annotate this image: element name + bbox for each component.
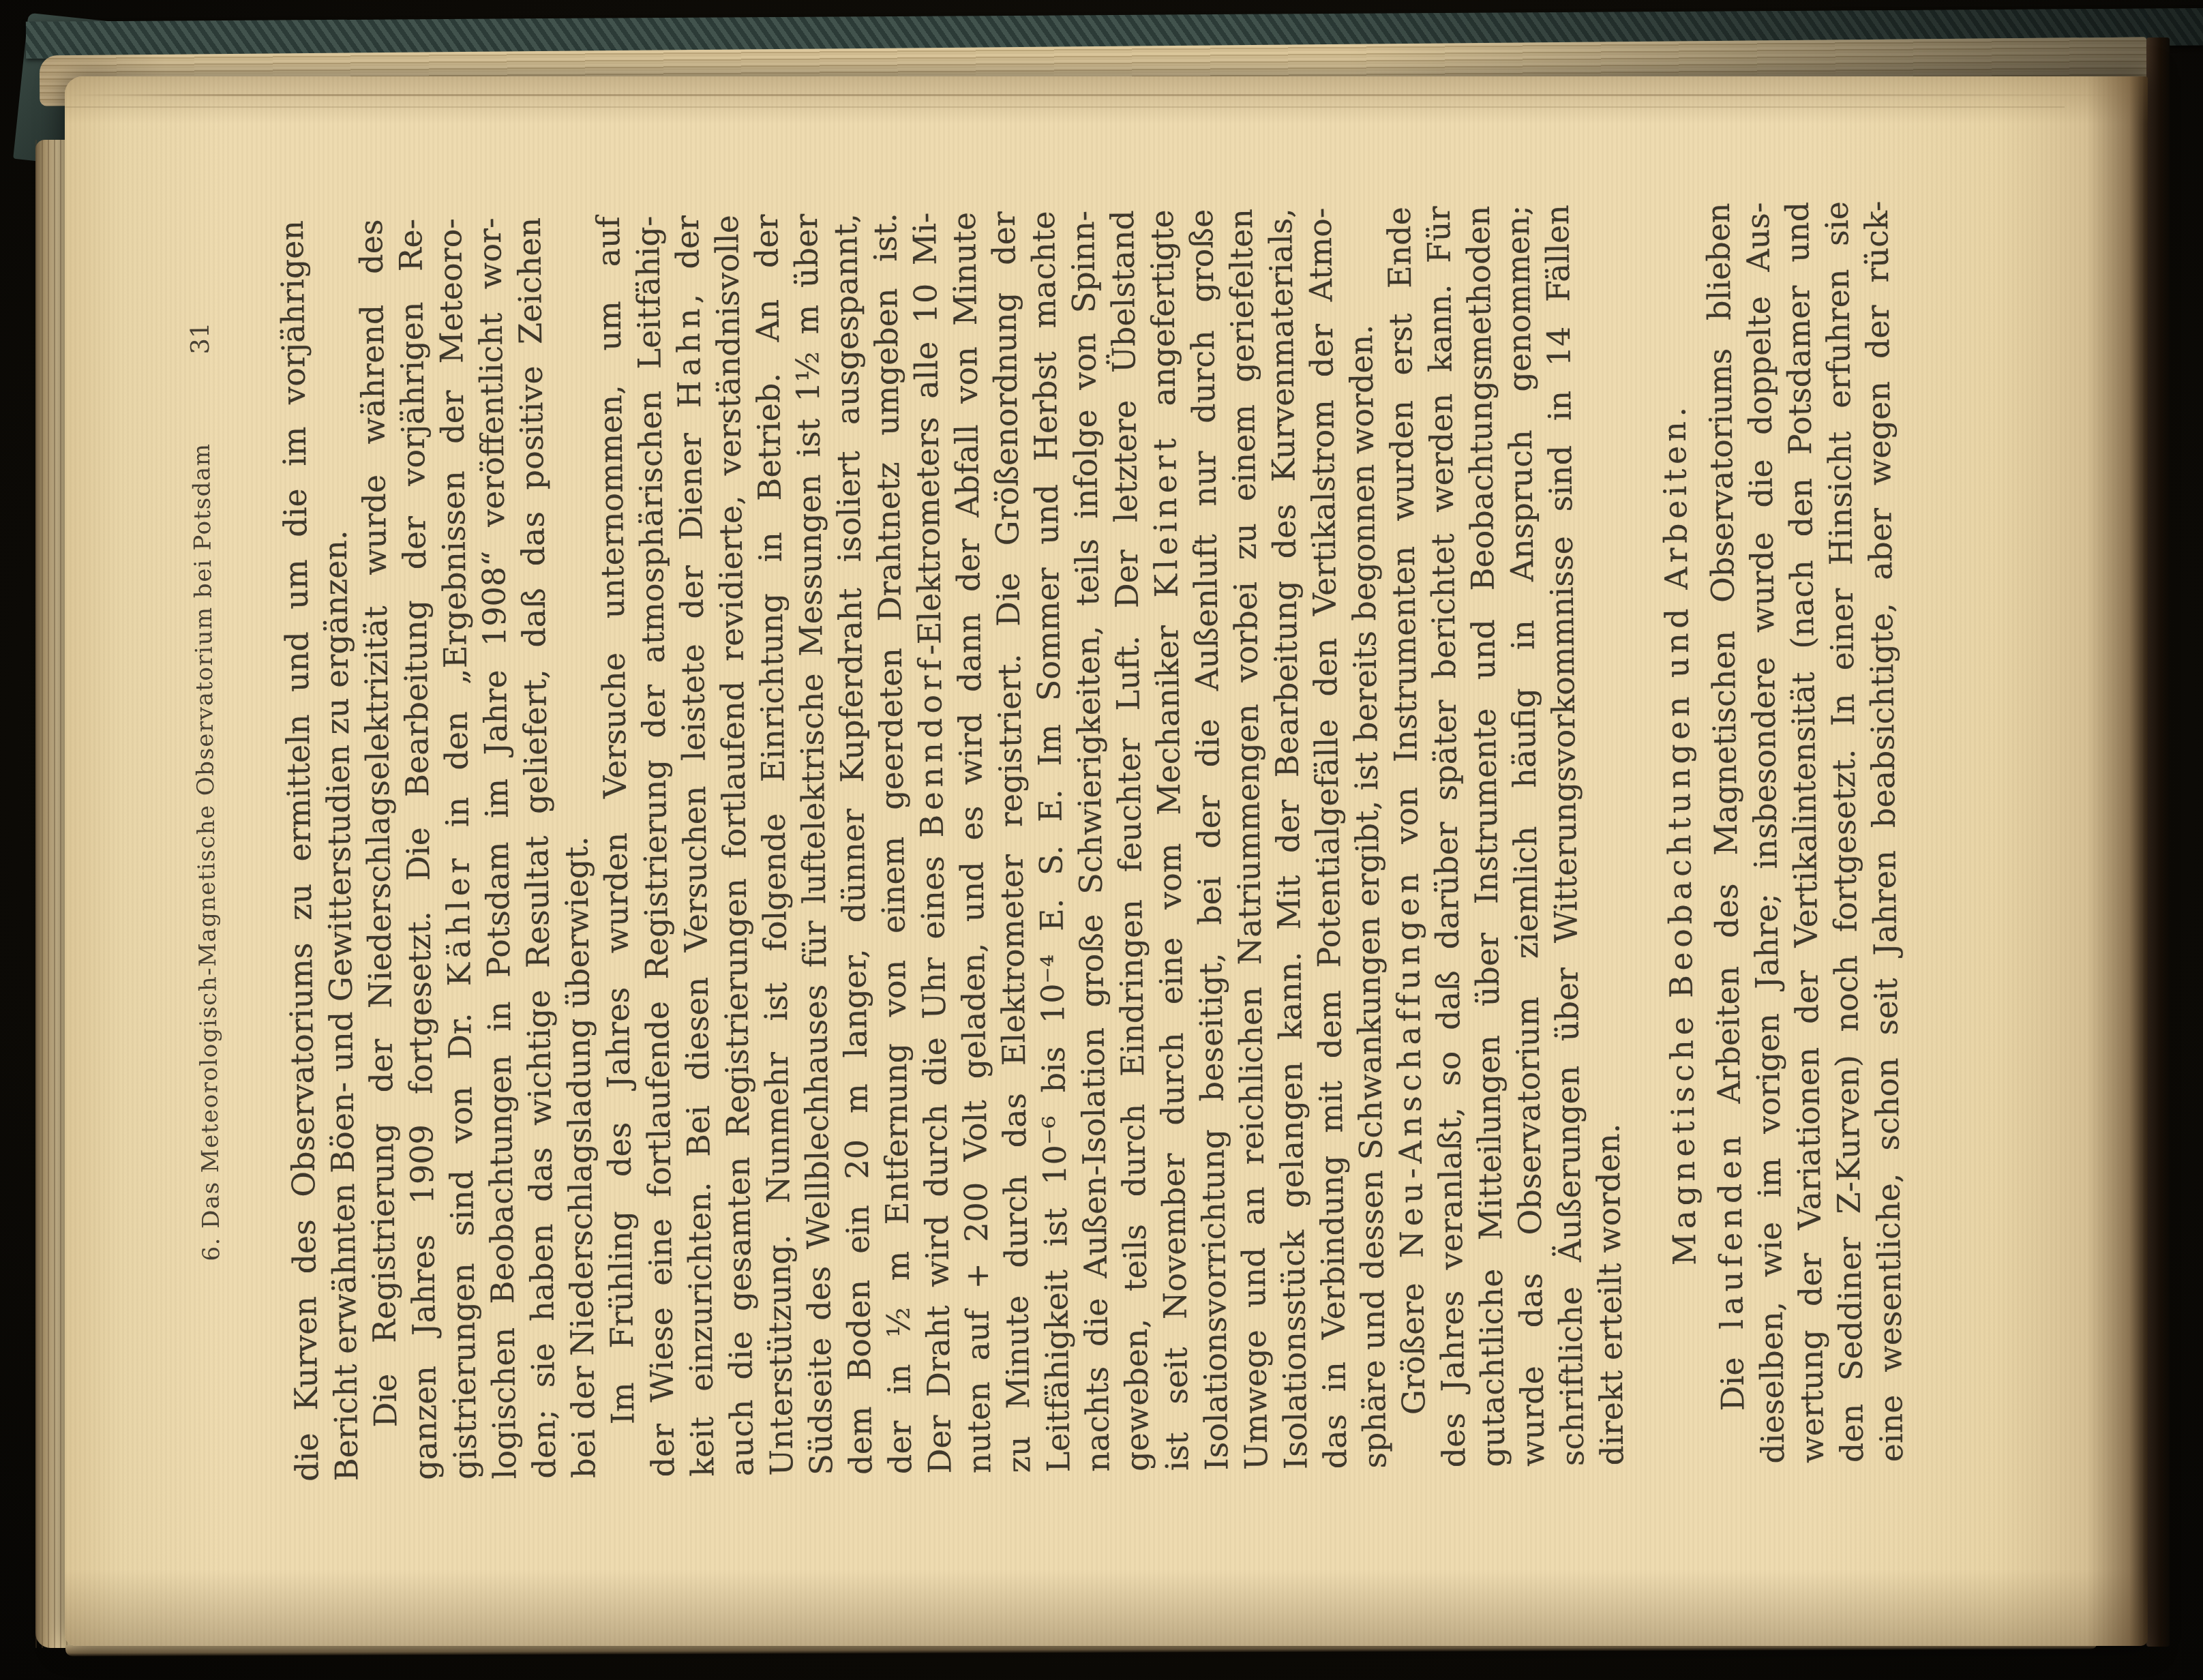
text-segment: angefertigte: [1143, 209, 1183, 434]
letterspaced-text: Magnetische Beobachtungen und Arbeiten.: [1655, 402, 1703, 1265]
text-segment: -Elektrometers alle 10 Mi-: [906, 212, 948, 655]
page-text-layer: 6. Das Meteorologisch-Magnetische Observ…: [55, 65, 2157, 1658]
text-body: die Kurven des Observatoriums zu ermitte…: [272, 200, 1911, 1482]
text-segment: von Instrumenten wurden erst Ende: [1381, 207, 1426, 869]
text-segment: Der Draht wird durch die Uhr eines: [914, 837, 958, 1474]
text-segment: Die: [1713, 1329, 1751, 1411]
page-number: 31: [185, 322, 217, 355]
letterspaced-text: Neu-Anschaffungen: [1389, 869, 1430, 1259]
letterspaced-text: Kähler: [439, 854, 477, 987]
letterspaced-text: Kleinert: [1146, 434, 1185, 598]
text-segment: direkt erteilt worden.: [1589, 1123, 1630, 1465]
section-heading: Magnetische Beobachtungen und Arbeiten.: [1652, 203, 1707, 1465]
running-head-title: 6. Das Meteorologisch-Magnetische Observ…: [188, 442, 226, 1261]
running-head: 6. Das Meteorologisch-Magnetische Observ…: [183, 221, 230, 1482]
letterspaced-text: laufenden: [1711, 1131, 1750, 1330]
book-scan: 6. Das Meteorologisch-Magnetische Observ…: [0, 0, 2203, 1680]
letterspaced-text: Hahn: [670, 303, 708, 408]
letterspaced-text: Benndorf: [912, 655, 950, 838]
text-segment: bei der Niederschlagsladung überwiegt.: [558, 836, 602, 1478]
text-segment: Größere: [1394, 1258, 1433, 1415]
text-segment: in den „Ergebnissen der Meteoro-: [432, 218, 476, 854]
text-segment: gistrierungen sind von Dr.: [441, 986, 484, 1480]
text-segment: , der: [669, 215, 707, 305]
